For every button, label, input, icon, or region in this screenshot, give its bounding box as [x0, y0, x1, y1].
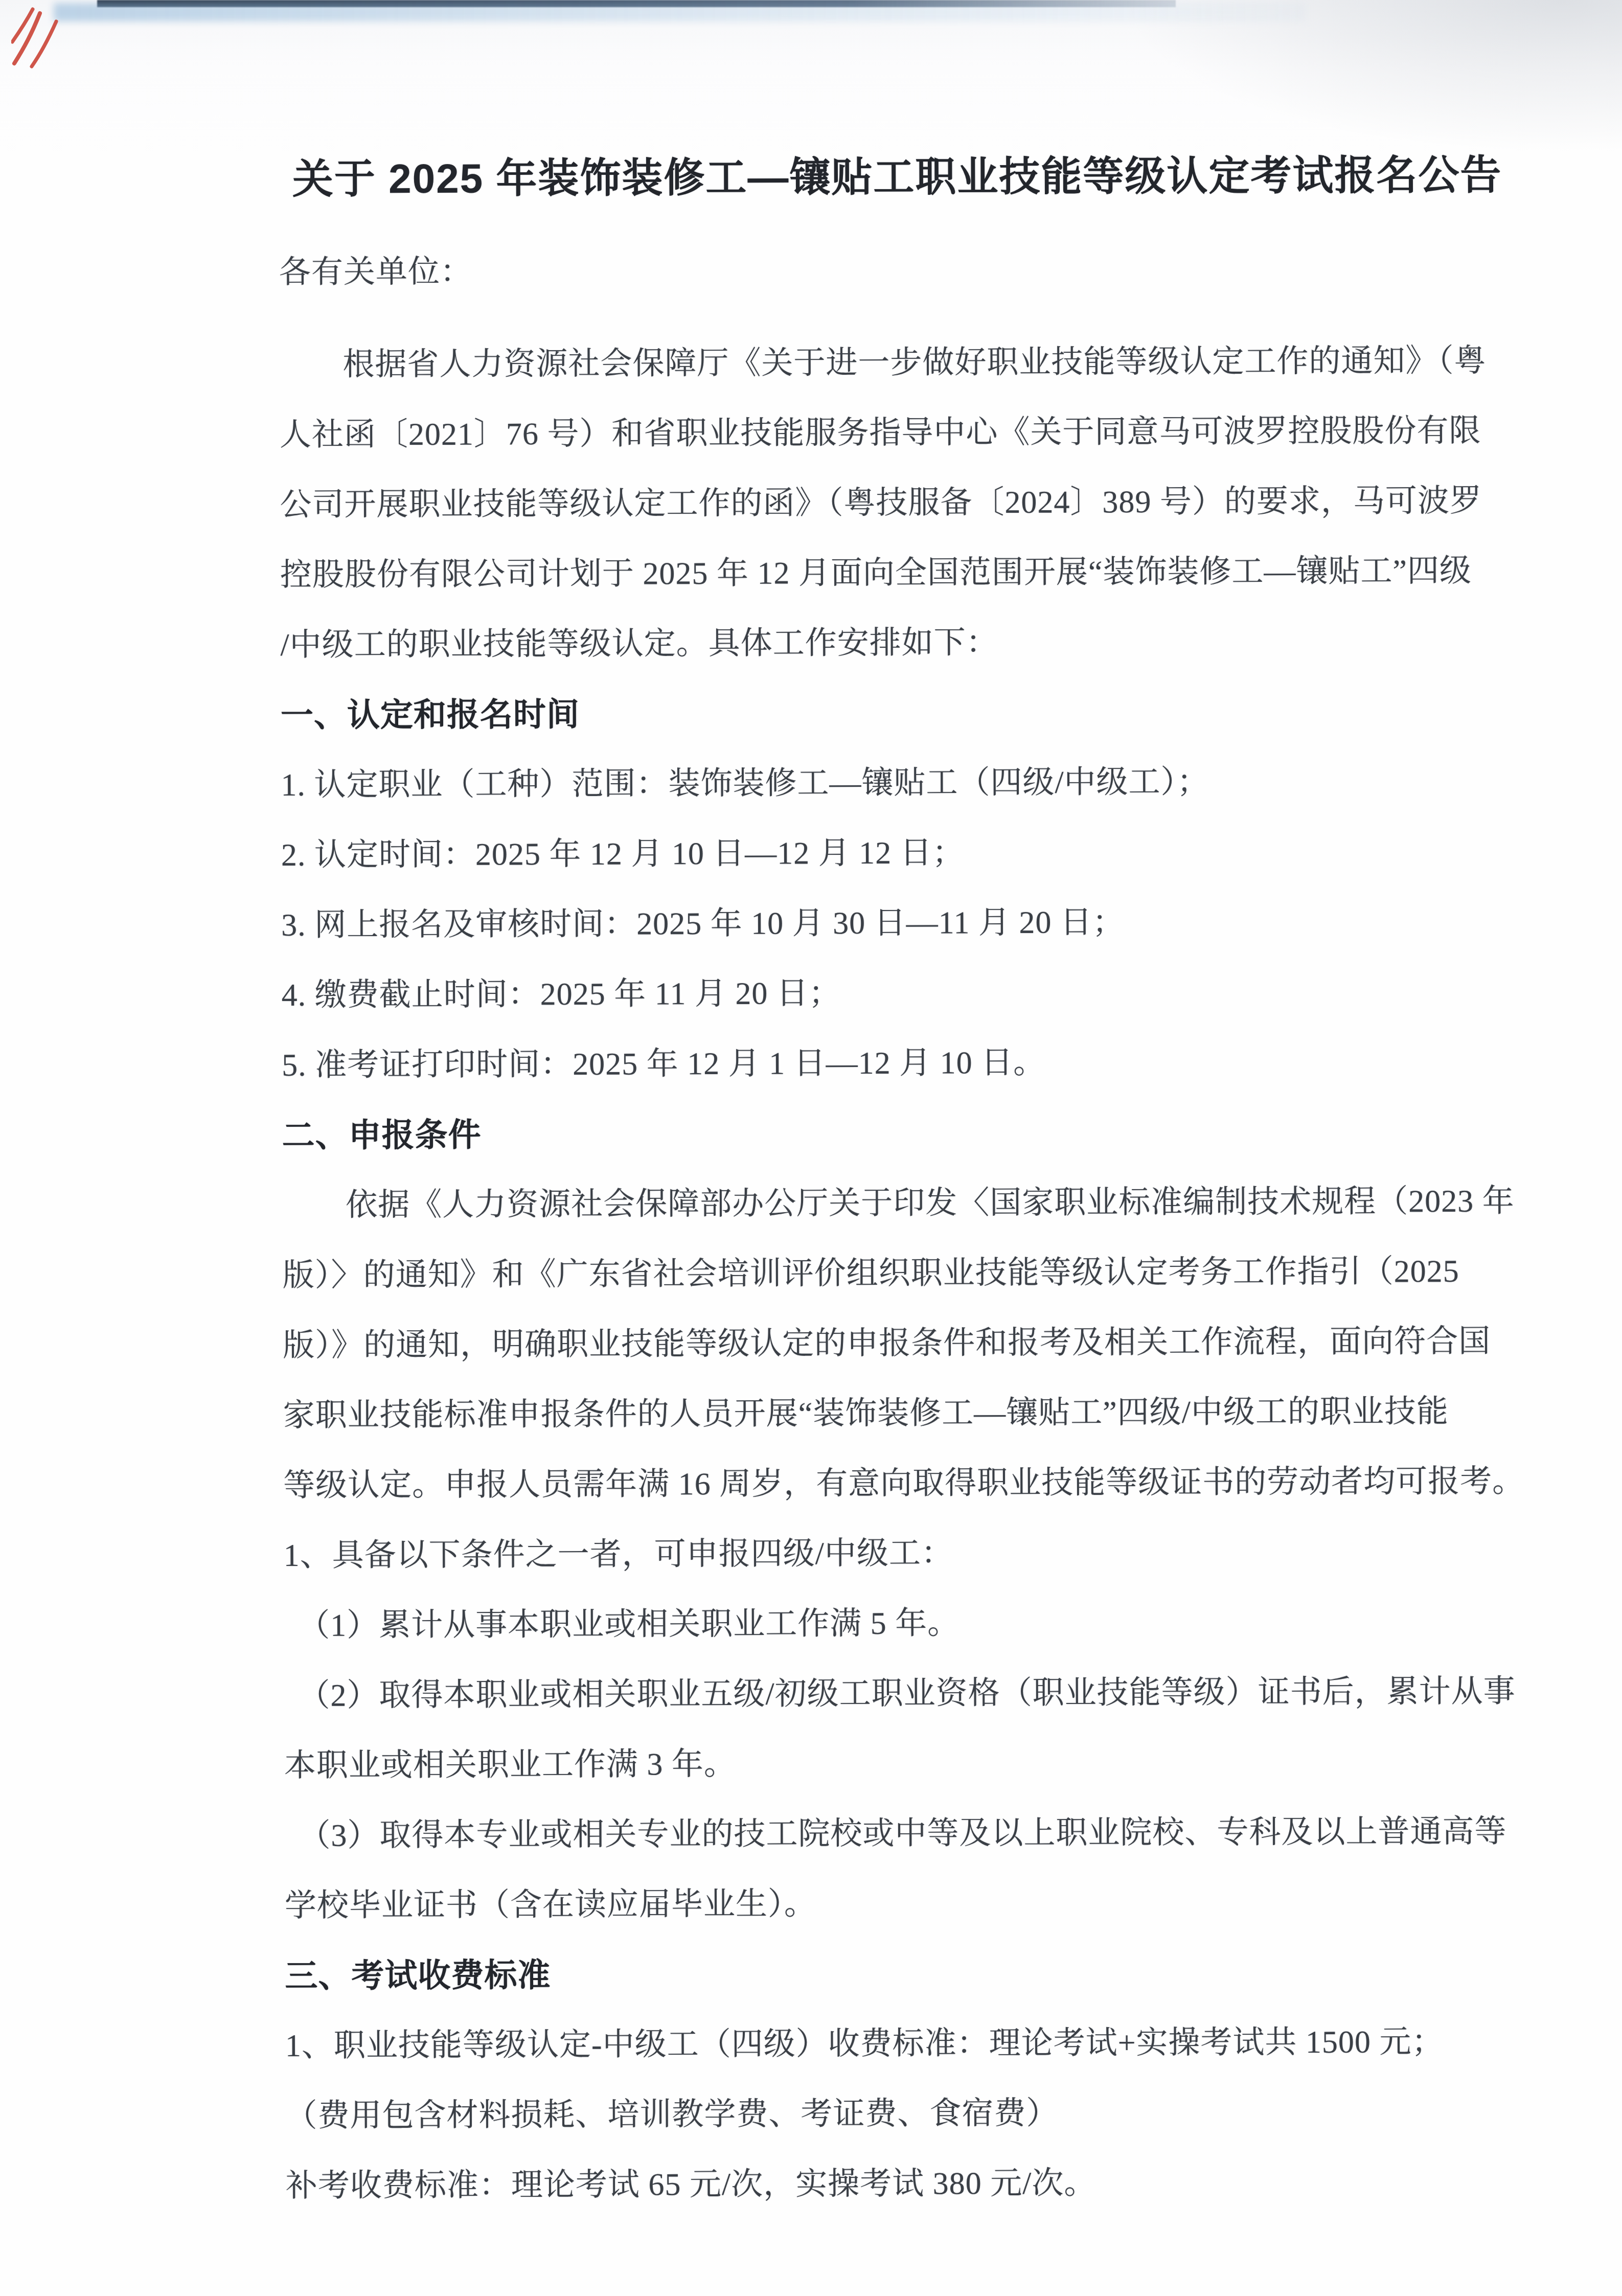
section-2-line: 1、具备以下条件之一者，可申报四级/中级工：: [283, 1517, 1520, 1591]
document-content: 关于 2025 年装饰装修工—镶贴工职业技能等级认定考试报名公告 各有关单位： …: [279, 147, 1523, 2221]
red-pen-marks-icon: [11, 2, 62, 71]
salutation: 各有关单位：: [279, 234, 1516, 308]
section-3-line: 补考收费标准：理论考试 65 元/次，实操考试 380 元/次。: [286, 2147, 1523, 2221]
section-2-line: 本职业或相关职业工作满 3 年。: [284, 1727, 1521, 1801]
section-1-line: 5. 准考证打印时间：2025 年 12 月 1 日—12 月 10 日。: [282, 1027, 1519, 1101]
scan-artifact-top-band-light: [54, 3, 1306, 21]
section-2-line: 依据《人力资源社会保障部办公厅关于印发〈国家职业标准编制技术规程（2023 年: [282, 1167, 1519, 1241]
intro-line: 公司开展职业技能等级认定工作的函》（粤技服备〔2024〕389 号）的要求，马可…: [280, 466, 1517, 540]
section-2-line: 版）〉的通知》和《广东省社会培训评价组织职业技能等级认定考务工作指引（2025: [282, 1237, 1519, 1311]
section-1-line: 2. 认定时间：2025 年 12 月 10 日—12 月 12 日；: [281, 816, 1518, 891]
intro-line: /中级工的职业技能等级认定。具体工作安排如下：: [280, 606, 1517, 680]
section-1-heading: 一、认定和报名时间: [281, 676, 1518, 751]
section-1-line: 4. 缴费截止时间：2025 年 11 月 20 日；: [282, 957, 1519, 1031]
section-2-line: 学校毕业证书（含在读应届毕业生）。: [285, 1867, 1522, 1941]
section-1-line: 1. 认定职业（工种）范围：装饰装修工—镶贴工（四级/中级工）；: [281, 746, 1518, 821]
section-2-line: 版）》的通知，明确职业技能等级认定的申报条件和报考及相关工作流程，面向符合国: [283, 1307, 1520, 1381]
section-2-line: （3）取得本专业或相关专业的技工院校或中等及以上职业院校、专科及以上普通高等: [284, 1797, 1521, 1871]
section-3-line: （费用包含材料损耗、培训教学费、考证费、食宿费）: [285, 2077, 1522, 2151]
page-title: 关于 2025 年装饰装修工—镶贴工职业技能等级认定考试报名公告: [279, 147, 1516, 208]
section-2-heading: 二、申报条件: [282, 1097, 1519, 1171]
scanned-announcement-page: 关于 2025 年装饰装修工—镶贴工职业技能等级认定考试报名公告 各有关单位： …: [0, 0, 1622, 2296]
section-1-line: 3. 网上报名及审核时间：2025 年 10 月 30 日—11 月 20 日；: [281, 886, 1518, 961]
section-2-line: 等级认定。申报人员需年满 16 周岁，有意向取得职业技能等级证书的劳动者均可报考…: [283, 1447, 1520, 1521]
intro-line: 控股股份有限公司计划于 2025 年 12 月面向全国范围开展“装饰装修工—镶贴…: [280, 536, 1517, 610]
section-2-line: （2）取得本职业或相关职业五级/初级工职业资格（职业技能等级）证书后，累计从事: [284, 1657, 1521, 1731]
intro-line: 人社函〔2021〕76 号）和省职业技能服务指导中心《关于同意马可波罗控股股份有…: [280, 396, 1517, 470]
section-3-heading: 三、考试收费标准: [285, 1937, 1522, 2011]
scan-artifact-corner-shade: [1121, 0, 1622, 153]
section-2-line: 家职业技能标准申报条件的人员开展“装饰装修工—镶贴工”四级/中级工的职业技能: [283, 1377, 1520, 1451]
section-2-line: （1）累计从事本职业或相关职业工作满 5 年。: [284, 1587, 1521, 1661]
intro-line: 根据省人力资源社会保障厅《关于进一步做好职业技能等级认定工作的通知》（粤: [279, 326, 1516, 400]
section-3-line: 1、职业技能等级认定-中级工（四级）收费标准：理论考试+实操考试共 1500 元…: [285, 2007, 1522, 2081]
